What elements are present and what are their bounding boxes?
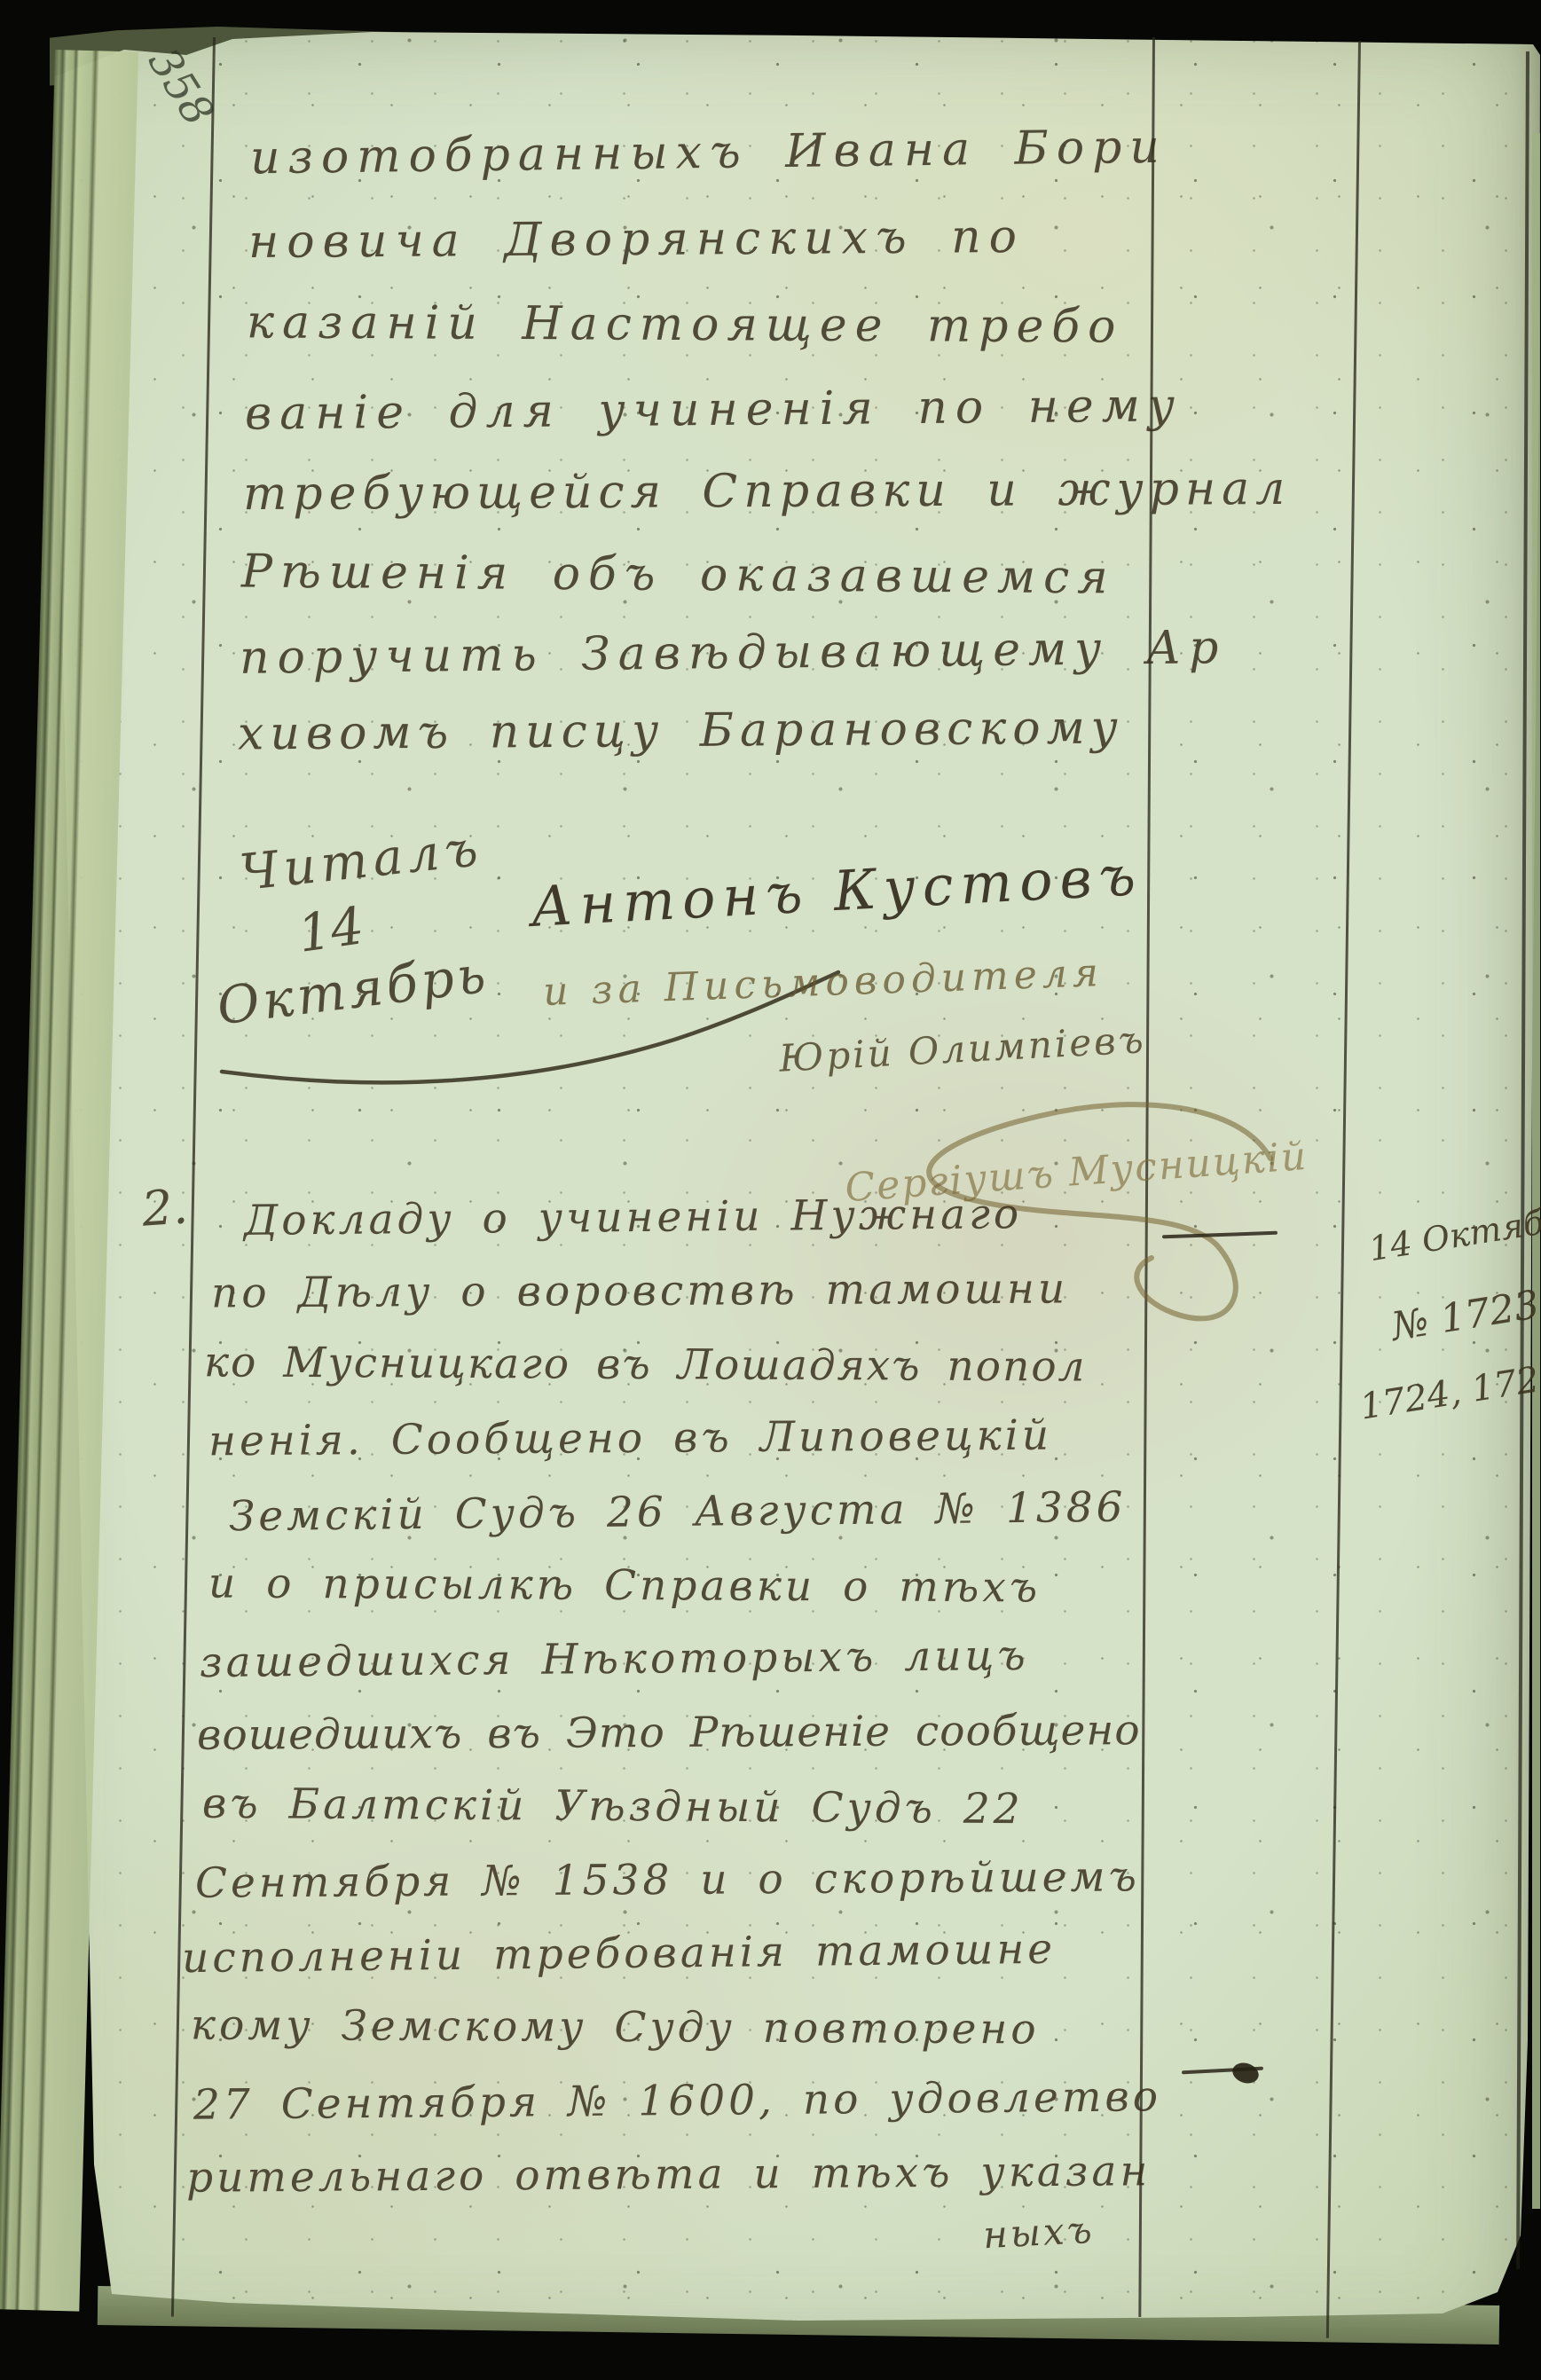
handwritten-line: хивомъ писцу Барановскому [238,702,1124,761]
handwritten-line: Рѣшенія объ оказавшемся [241,546,1116,605]
handwritten-line: по Дѣлу о воровствѣ тамошни [211,1264,1068,1317]
handwritten-line: поручить Завѣдывающему Ар [240,621,1227,685]
handwritten-line: 27 Сентября № 1600, по удовлетво [193,2072,1162,2130]
handwritten-line: въ Балтскій Уѣздный Судъ 22 [202,1779,1024,1834]
handwritten-line: ко Мусницкаго въ Лошадяхъ попол [204,1338,1087,1391]
archive-photo: { "document": { "page_number": "358", "c… [0,0,1541,2380]
handwritten-line: новича Дворянскихъ по [248,210,1025,269]
handwritten-line: ненія. Сообщено въ Липовецкій [208,1411,1052,1466]
handwritten-line: ваніе для учиненія по нему [245,379,1183,440]
handwritten-line: вошедшихъ въ Это Рѣшеніе сообщено [197,1706,1141,1760]
handwritten-line: зашедшихся Нѣкоторыхъ лицъ [200,1631,1029,1687]
handwritten-line: исполненіи требованія тамошне [182,1925,1057,1983]
hanging-word: ныхъ [982,2208,1096,2258]
handwritten-line: кому Земскому Суду повторено [191,2000,1040,2054]
handwritten-line: рительнаго отвѣта и тѣхъ указан [186,2147,1152,2203]
handwritten-line: Сентября № 1538 и о скорѣйшемъ [195,1852,1140,1907]
handwritten-line: Земскій Судъ 26 Августа № 1386 [229,1483,1127,1542]
entry-item-number: 2. [140,1178,190,1237]
handwritten-line: и о присылкѣ Справки о тѣхъ [208,1559,1041,1613]
handwritten-line: требующейся Справки и журнал [243,462,1292,521]
underlying-leaf-right [1532,133,1540,2209]
handwritten-line: изотобранныхъ Ивана Бори [250,121,1168,185]
read-note-day: 14 [295,895,368,964]
handwritten-line: Докладу о учиненіи Нужнаго [244,1190,1023,1245]
handwritten-line: казаній Настоящее требо [247,295,1124,353]
